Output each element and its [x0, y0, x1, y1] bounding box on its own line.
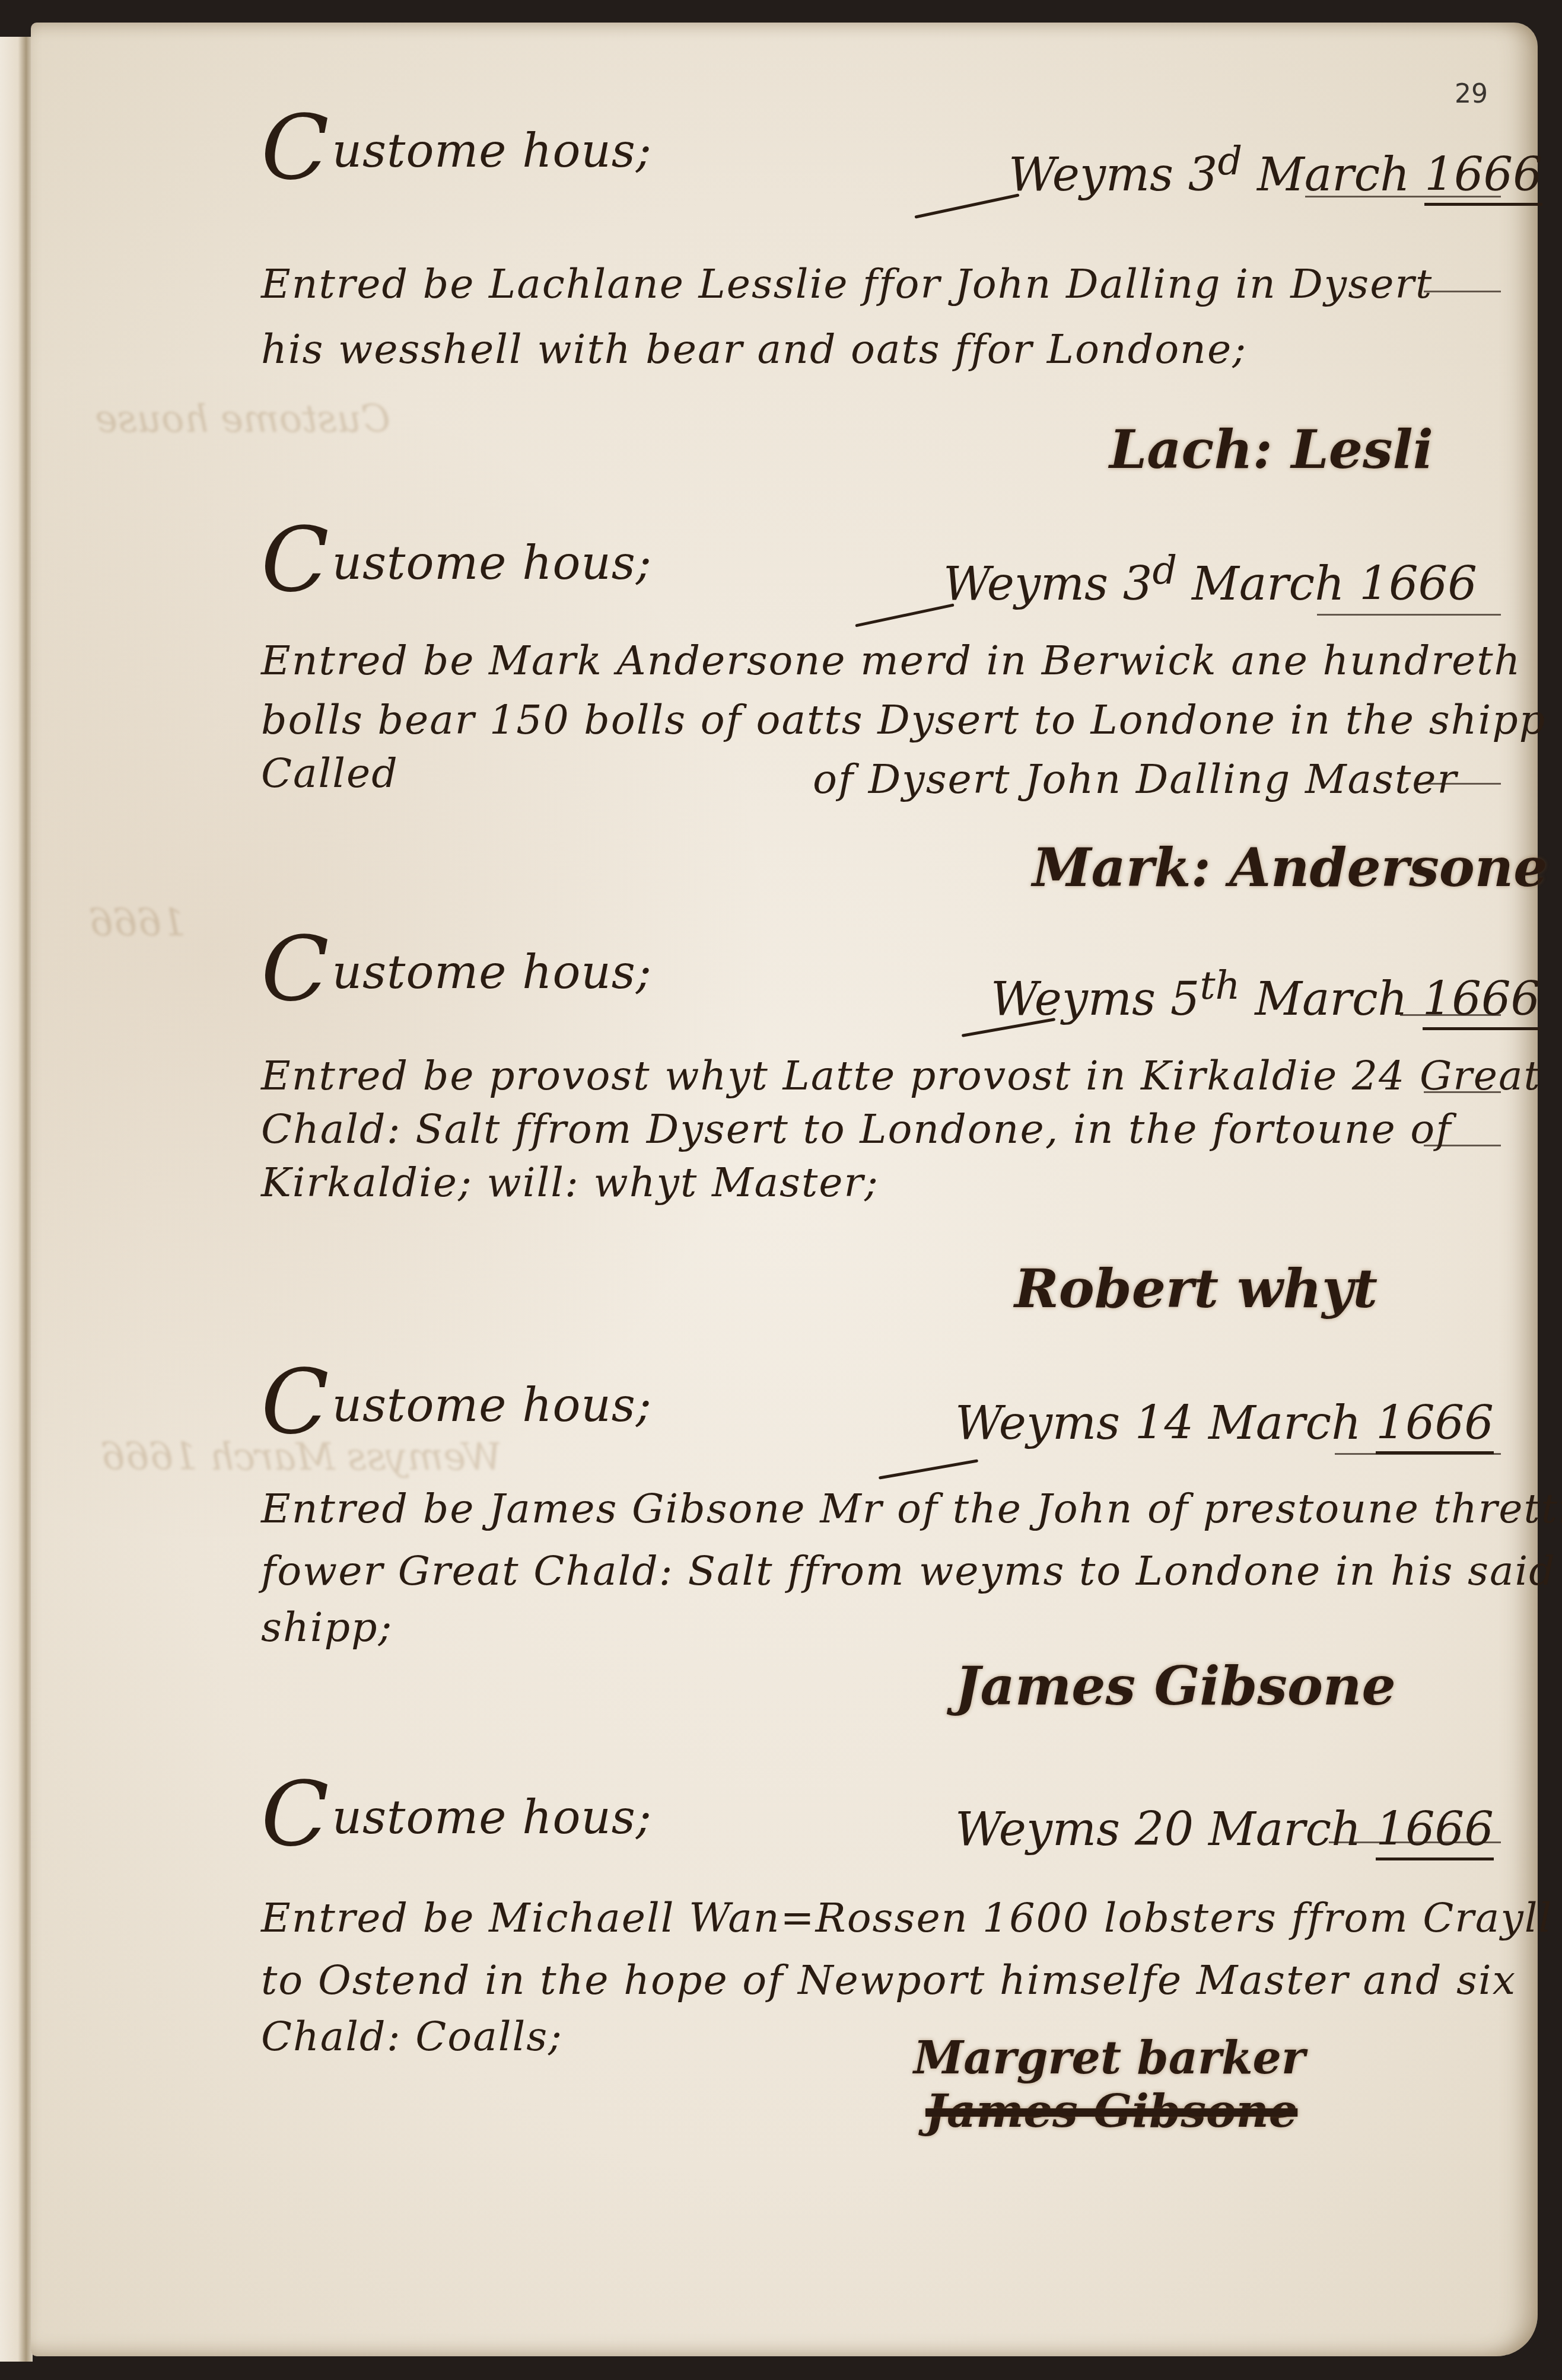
entry-body-line: Chald: Coalls; — [261, 2013, 563, 2060]
entry-heading: Custome hous; — [261, 925, 652, 1014]
entry-body-line: Entred be Michaell Wan=Rossen 1600 lobst… — [261, 1895, 1553, 1942]
flourish-rule — [914, 193, 1019, 218]
line-filler — [1424, 1145, 1501, 1146]
heading-text: ustome hous; — [332, 1379, 652, 1432]
date-day-suffix: d — [1217, 139, 1242, 184]
heading-capital: C — [261, 97, 330, 200]
customs-entry: Custome hous; Weyms 20 March 1666 Entred… — [261, 1770, 1507, 2185]
date-month: March — [1255, 973, 1408, 1026]
heading-capital: C — [261, 918, 330, 1021]
line-filler — [1329, 1841, 1501, 1843]
heading-capital: C — [261, 509, 330, 612]
signature: Margret barker — [914, 2031, 1305, 2084]
heading-text: ustome hous; — [332, 537, 652, 590]
entry-date: Weyms 3d March 1666 — [943, 549, 1477, 611]
signature: Robert whyt — [1014, 1257, 1378, 1320]
line-filler — [1335, 1453, 1501, 1455]
entry-heading: Custome hous; — [261, 104, 652, 193]
entry-body-line: Entred be Lachlane Lesslie ffor John Dal… — [261, 261, 1433, 308]
heading-text: ustome hous; — [332, 125, 652, 178]
date-day: 14 — [1135, 1397, 1194, 1450]
entry-body-line: Called — [261, 750, 399, 797]
heading-text: ustome hous; — [332, 946, 652, 999]
date-year: 1666 — [1376, 1397, 1494, 1454]
flourish-rule — [879, 1459, 978, 1479]
entry-body-line: Kirkaldie; will: whyt Master; — [261, 1159, 879, 1206]
signature: Mark: Andersone — [1032, 836, 1548, 899]
entry-body-line: his wesshell with bear and oats ffor Lon… — [261, 326, 1247, 373]
line-filler — [1424, 1091, 1501, 1093]
date-day: 3 — [1188, 148, 1218, 202]
flourish-rule — [855, 603, 954, 627]
line-filler — [1305, 196, 1501, 197]
entry-body-line: Entred be Mark Andersone merd in Berwick… — [261, 638, 1521, 684]
date-year: 1666 — [1359, 557, 1477, 611]
entry-date: Weyms 3d March 1666 — [1009, 139, 1542, 202]
date-day: 3 — [1123, 557, 1153, 611]
left-page-edge — [0, 37, 33, 2362]
heading-capital: C — [261, 1763, 330, 1866]
date-year: 1666 — [1423, 973, 1541, 1030]
show-through-text: 1666 — [89, 901, 186, 945]
date-day-suffix: th — [1200, 964, 1240, 1008]
date-month: March — [1192, 557, 1345, 611]
date-month: March — [1208, 1803, 1361, 1856]
date-place: Weyms — [943, 557, 1108, 611]
entry-body-line: fower Great Chald: Salt ffrom weyms to L… — [261, 1548, 1556, 1595]
customs-entry: Custome hous; Weyms 3d March 1666 Entred… — [261, 516, 1507, 931]
entry-date: Weyms 20 March 1666 — [955, 1803, 1494, 1856]
date-place: Weyms — [1009, 148, 1173, 202]
entry-body-line: Entred be provost whyt Latte provost in … — [261, 1053, 1541, 1100]
signature: James Gibsone — [955, 1655, 1396, 1718]
date-place: Weyms — [955, 1397, 1120, 1450]
entry-body-line: Entred be James Gibsone Mr of the John o… — [261, 1486, 1562, 1532]
heading-capital: C — [261, 1351, 330, 1454]
entry-date: Weyms 14 March 1666 — [955, 1397, 1494, 1450]
date-month: March — [1257, 148, 1410, 202]
line-filler — [1400, 1014, 1501, 1016]
line-filler — [1317, 614, 1501, 616]
date-place: Weyms — [955, 1803, 1120, 1856]
entry-heading: Custome hous; — [261, 516, 652, 605]
customs-entry: Custome hous; Weyms 3d March 1666 Entred… — [261, 104, 1507, 489]
line-filler — [1424, 783, 1501, 785]
entry-body-line: to Ostend in the hope of Newport himself… — [261, 1957, 1516, 2004]
date-month: March — [1208, 1397, 1361, 1450]
date-year: 1666 — [1376, 1803, 1494, 1860]
signature: Lach: Lesli — [1109, 418, 1433, 481]
customs-entry: Custome hous; Weyms 5th March 1666 Entre… — [261, 925, 1507, 1370]
customs-entry: Custome hous; Weyms 14 March 1666 Entred… — [261, 1358, 1507, 1744]
date-day: 5 — [1170, 973, 1200, 1026]
entry-body-line: of Dysert John Dalling Master — [813, 756, 1458, 803]
date-place: Weyms — [991, 973, 1156, 1026]
struck-signature: James Gibsone — [925, 2085, 1297, 2137]
entry-body-line: Chald: Salt ffrom Dysert to Londone, in … — [261, 1106, 1452, 1153]
date-day-suffix: d — [1152, 549, 1177, 593]
line-filler — [1424, 291, 1501, 292]
entry-body-line: shipp; — [261, 1604, 393, 1651]
entry-heading: Custome hous; — [261, 1770, 652, 1859]
entry-heading: Custome hous; — [261, 1358, 652, 1447]
date-day: 20 — [1135, 1803, 1194, 1856]
entry-date: Weyms 5th March 1666 — [991, 964, 1540, 1026]
entry-body-line: bolls bear 150 bolls of oatts Dysert to … — [261, 697, 1546, 744]
heading-text: ustome hous; — [332, 1791, 652, 1844]
